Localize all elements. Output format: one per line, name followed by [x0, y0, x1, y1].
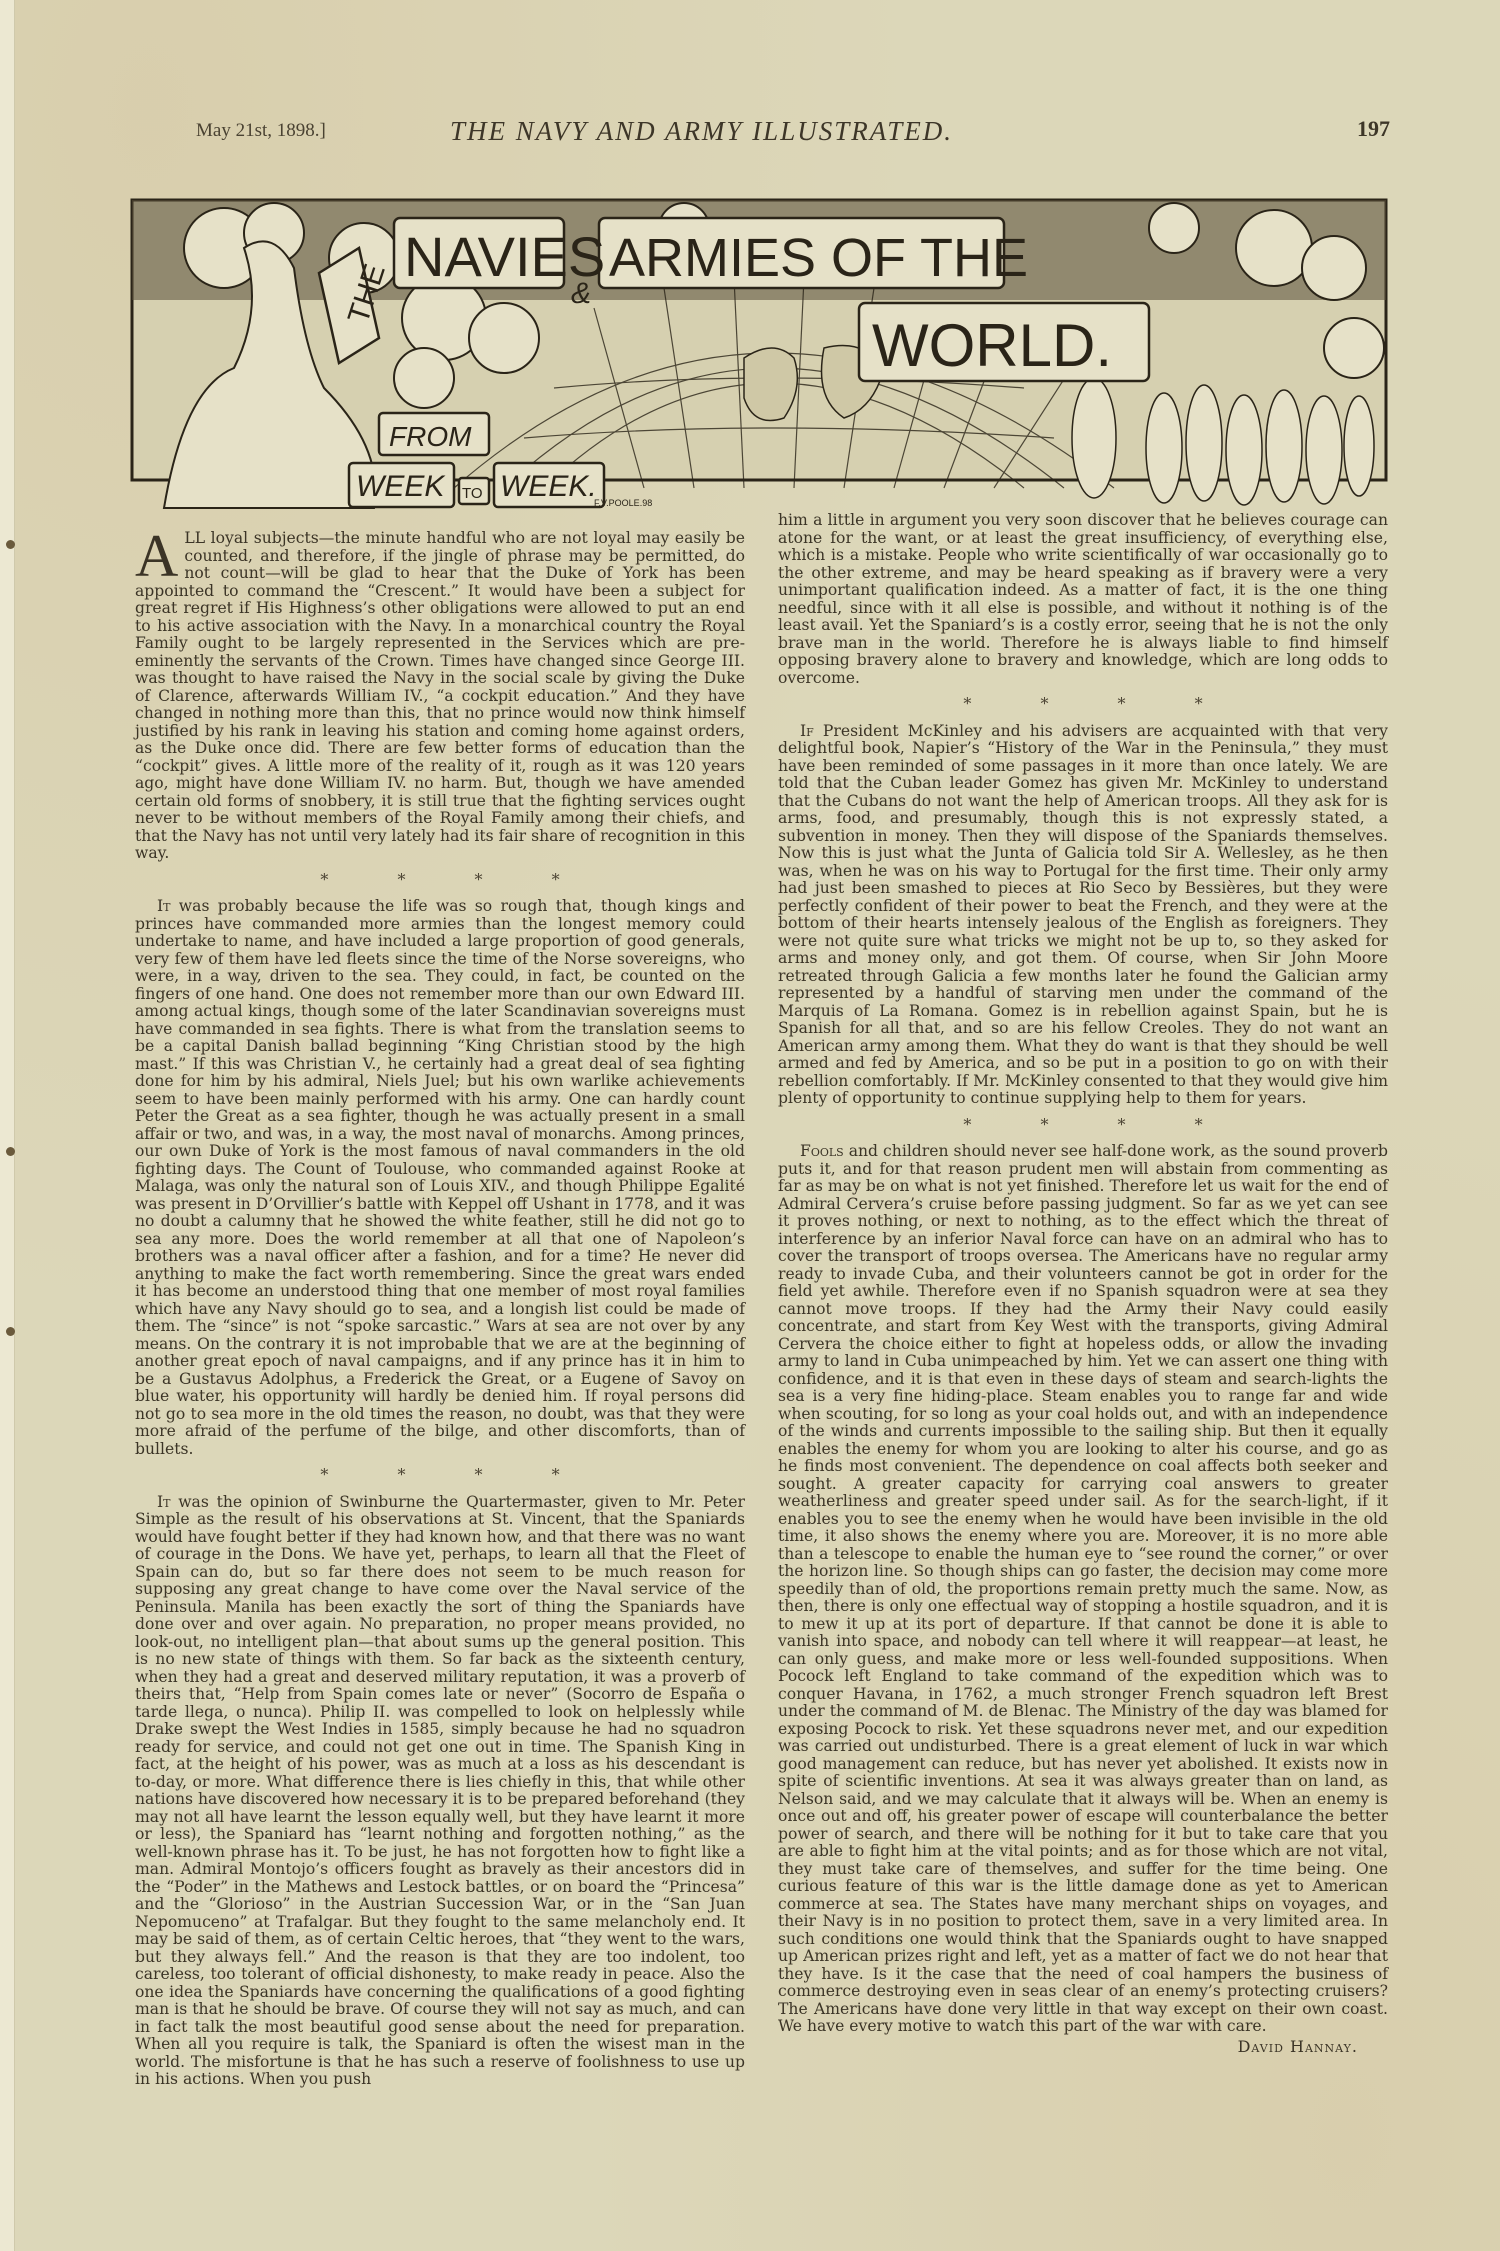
article-left-column: ALL loyal subjects—the minute handful wh…: [135, 530, 745, 2089]
running-head: May 21st, 1898.] THE NAVY AND ARMY ILLUS…: [196, 116, 1390, 146]
page-number: 197: [1357, 116, 1390, 142]
banner-world: WORLD.: [872, 312, 1112, 379]
section-separator: * * * *: [135, 871, 745, 889]
section-separator: * * * *: [135, 1466, 745, 1484]
paragraph-royal-sea-fighters: It was probably because the life was so …: [135, 898, 745, 1458]
publication-title: THE NAVY AND ARMY ILLUSTRATED.: [450, 116, 953, 147]
article-right-column: him a little in argument you very soon d…: [778, 512, 1388, 2055]
banner-week: WEEK: [356, 470, 446, 503]
paragraph-cervera-cruise: Fools and children should never see half…: [778, 1143, 1388, 2036]
banner-from: FROM: [389, 421, 472, 452]
section-separator: * * * *: [778, 1116, 1388, 1134]
punch-hole-mark: [6, 540, 15, 549]
masthead-illustration: THE NAVIES & ARMIES OF THE WORLD. FROM W…: [124, 188, 1394, 512]
paragraph-mckinley: If President McKinley and his advisers a…: [778, 723, 1388, 1108]
paragraph-duke-of-york: ALL loyal subjects—the minute handful wh…: [135, 530, 745, 863]
paragraph-spaniards-continued: him a little in argument you very soon d…: [778, 512, 1388, 687]
paragraph-spaniards: It was the opinion of Swinburne the Quar…: [135, 1494, 745, 2089]
author-signature: David Hannay.: [778, 2038, 1388, 2056]
masthead-artwork: THE NAVIES & ARMIES OF THE WORLD. FROM W…: [124, 188, 1394, 512]
binding-edge: [0, 0, 15, 2251]
banner-to: TO: [462, 485, 483, 502]
banner-ampersand: &: [571, 277, 591, 310]
punch-hole-mark: [6, 1327, 15, 1336]
banner-armies-of-the: ARMIES OF THE: [609, 228, 1028, 288]
punch-hole-mark: [6, 1147, 15, 1156]
artist-signature: F.V.POOLE.98: [594, 498, 652, 508]
section-separator: * * * *: [778, 695, 1388, 713]
newspaper-page: May 21st, 1898.] THE NAVY AND ARMY ILLUS…: [0, 0, 1500, 2251]
banner-week-end: WEEK.: [500, 470, 597, 503]
drop-cap: A: [135, 532, 178, 580]
issue-date: May 21st, 1898.]: [196, 120, 326, 142]
